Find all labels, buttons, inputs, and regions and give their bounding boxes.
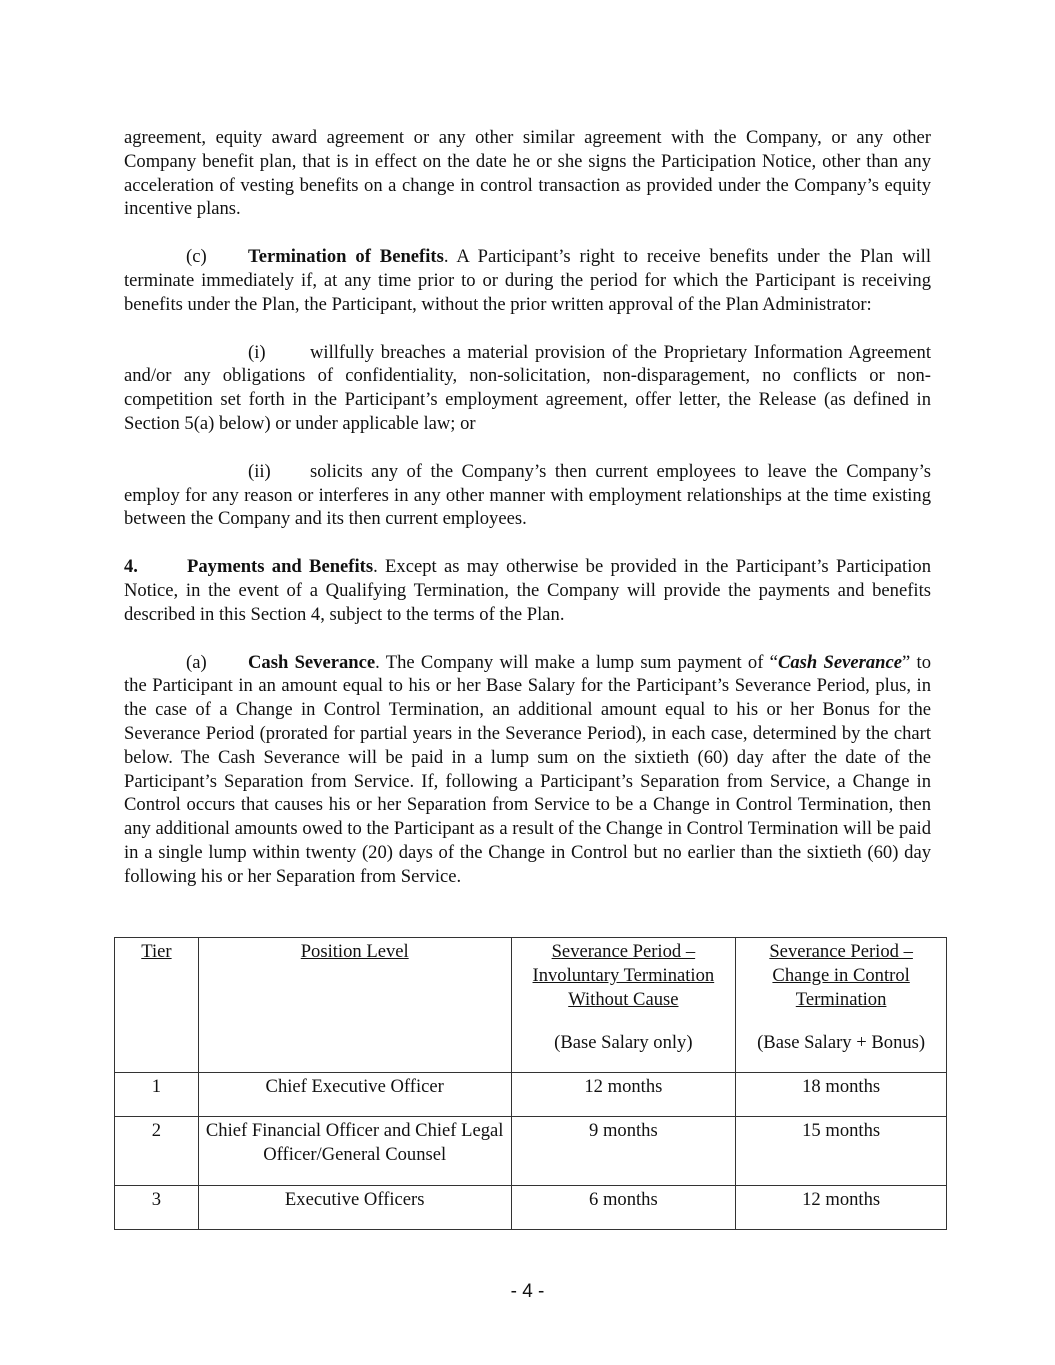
section-heading: Payments and Benefits xyxy=(187,556,373,577)
section-label: (c) xyxy=(186,245,248,269)
paragraph-3c: (c)Termination of Benefits. A Participan… xyxy=(124,245,931,316)
paragraph-4a: (a)Cash Severance. The Company will make… xyxy=(124,651,931,889)
section-number: 4. xyxy=(124,555,187,579)
item-label: (i) xyxy=(248,341,310,365)
item-text: solicits any of the Company’s then curre… xyxy=(124,461,931,530)
cell-tier: 3 xyxy=(115,1186,199,1230)
table-header-row: Tier Position Level Severance Period – I… xyxy=(115,938,947,1073)
cell-cic: 12 months xyxy=(736,1186,947,1230)
item-text: willfully breaches a material provision … xyxy=(124,342,931,434)
severance-table: Tier Position Level Severance Period – I… xyxy=(114,937,947,1230)
paragraph-section-4: 4.Payments and Benefits. Except as may o… xyxy=(124,555,931,626)
table-row: 1 Chief Executive Officer 12 months 18 m… xyxy=(115,1073,947,1117)
paragraph-3c-ii: (ii)solicits any of the Company’s then c… xyxy=(124,460,931,531)
cell-cic: 18 months xyxy=(736,1073,947,1117)
cell-position: Executive Officers xyxy=(198,1186,511,1230)
header-change-in-control: Severance Period – Change in Control Ter… xyxy=(736,938,947,1073)
section-label: (a) xyxy=(186,651,248,675)
header-position-level: Position Level xyxy=(198,938,511,1073)
section-heading: Cash Severance xyxy=(248,652,375,673)
paragraph-continued: agreement, equity award agreement or any… xyxy=(124,126,931,221)
section-text: ” to the Participant in an amount equal … xyxy=(124,652,931,887)
section-heading: Termination of Benefits xyxy=(248,246,444,267)
cell-tier: 1 xyxy=(115,1073,199,1117)
cell-position: Chief Executive Officer xyxy=(198,1073,511,1117)
cell-cic: 15 months xyxy=(736,1117,947,1186)
defined-term: Cash Severance xyxy=(778,652,902,673)
header-involuntary-termination: Severance Period – Involuntary Terminati… xyxy=(511,938,736,1073)
table-row: 3 Executive Officers 6 months 12 months xyxy=(115,1186,947,1230)
document-page: agreement, equity award agreement or any… xyxy=(124,126,931,889)
paragraph-3c-i: (i)willfully breaches a material provisi… xyxy=(124,341,931,436)
cell-tier: 2 xyxy=(115,1117,199,1186)
cell-involuntary: 6 months xyxy=(511,1186,736,1230)
cell-involuntary: 12 months xyxy=(511,1073,736,1117)
table-row: 2 Chief Financial Officer and Chief Lega… xyxy=(115,1117,947,1186)
header-tier: Tier xyxy=(115,938,199,1073)
page-number: - 4 - xyxy=(0,1281,1055,1303)
item-label: (ii) xyxy=(248,460,310,484)
cell-position: Chief Financial Officer and Chief Legal … xyxy=(198,1117,511,1186)
cell-involuntary: 9 months xyxy=(511,1117,736,1186)
section-text: . The Company will make a lump sum payme… xyxy=(375,652,778,673)
